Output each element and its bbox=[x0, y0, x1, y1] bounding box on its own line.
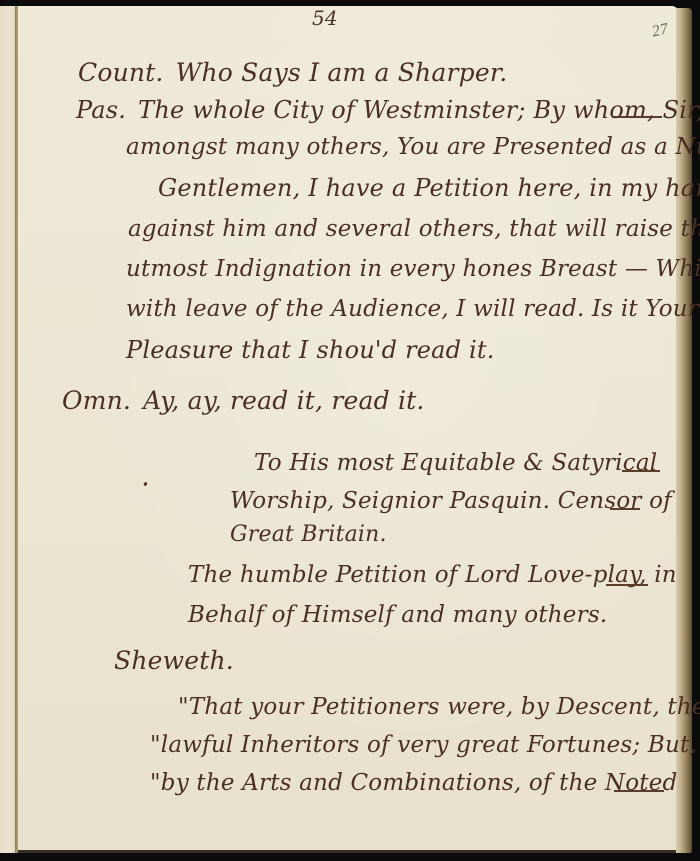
line-text: Worship, Seignior Pasquin. Censor of bbox=[230, 488, 672, 514]
manuscript-line: Great Britain. bbox=[230, 524, 387, 546]
line-text: against him and several others, that wil… bbox=[128, 216, 700, 242]
manuscript-line: "That your Petitioners were, by Descent,… bbox=[178, 696, 700, 719]
folio-number: 27 bbox=[650, 20, 670, 41]
manuscript-line: "by the Arts and Combinations, of the No… bbox=[150, 772, 677, 795]
line-text: "lawful Inheritors of very great Fortune… bbox=[150, 732, 697, 758]
scan-border-bottom bbox=[0, 853, 700, 861]
previous-page-edge bbox=[0, 6, 16, 854]
manuscript-line: Pas.The whole City of Westminster; By wh… bbox=[76, 98, 700, 122]
manuscript-line: Count.Who Says I am a Sharper. bbox=[78, 60, 507, 85]
speaker-name: Pas. bbox=[76, 96, 126, 124]
manuscript-line: The humble Petition of Lord Love-play, i… bbox=[188, 564, 677, 587]
line-text: The humble Petition of Lord Love-play, i… bbox=[188, 562, 677, 588]
line-text: with leave of the Audience, I will read.… bbox=[126, 296, 699, 322]
line-text: Gentlemen, I have a Petition here, in my… bbox=[158, 174, 700, 202]
line-text: utmost Indignation in every hones Breast… bbox=[126, 256, 700, 282]
speaker-name: Count. bbox=[78, 58, 164, 87]
manuscript-line: with leave of the Audience, I will read.… bbox=[126, 298, 699, 321]
line-text: "That your Petitioners were, by Descent,… bbox=[178, 694, 700, 720]
page-number: 54 bbox=[312, 6, 338, 30]
line-text: Sheweth. bbox=[114, 646, 234, 675]
manuscript-line: Gentlemen, I have a Petition here, in my… bbox=[158, 176, 700, 200]
line-text: Behalf of Himself and many others. bbox=[188, 602, 607, 628]
line-text: Ay, ay, read it, read it. bbox=[143, 386, 424, 415]
line-text: To His most Equitable & Satyrical bbox=[254, 450, 657, 476]
manuscript-line: Worship, Seignior Pasquin. Censor of bbox=[230, 490, 672, 513]
manuscript-line: "lawful Inheritors of very great Fortune… bbox=[150, 734, 697, 757]
line-text: Great Britain. bbox=[230, 522, 387, 547]
manuscript-line: against him and several others, that wil… bbox=[128, 218, 700, 241]
line-filler-dash bbox=[610, 508, 640, 510]
manuscript-line: Sheweth. bbox=[114, 648, 234, 673]
line-text: Who Says I am a Sharper. bbox=[176, 58, 508, 87]
speaker-name: Omn. bbox=[62, 386, 131, 415]
line-filler-dash bbox=[612, 116, 662, 118]
line-text: amongst many others, You are Presented a… bbox=[126, 134, 700, 160]
line-filler-dash bbox=[622, 470, 660, 472]
line-text: The whole City of Westminster; By whom, … bbox=[138, 96, 700, 124]
line-filler-dash bbox=[606, 584, 648, 586]
manuscript-line: Pleasure that I shou'd read it. bbox=[126, 338, 495, 362]
line-text: "by the Arts and Combinations, of the No… bbox=[150, 770, 677, 796]
manuscript-line: amongst many others, You are Presented a… bbox=[126, 136, 700, 159]
manuscript-line: Behalf of Himself and many others. bbox=[188, 604, 607, 627]
line-filler-dash bbox=[614, 790, 664, 792]
manuscript-line: utmost Indignation in every hones Breast… bbox=[126, 258, 700, 281]
manuscript-line: Omn.Ay, ay, read it, read it. bbox=[62, 388, 425, 413]
manuscript-line: To His most Equitable & Satyrical bbox=[254, 452, 657, 475]
manuscript-scan: 54 27 Count.Who Says I am a Sharper. Pas… bbox=[0, 0, 700, 861]
line-text: Pleasure that I shou'd read it. bbox=[126, 336, 495, 364]
